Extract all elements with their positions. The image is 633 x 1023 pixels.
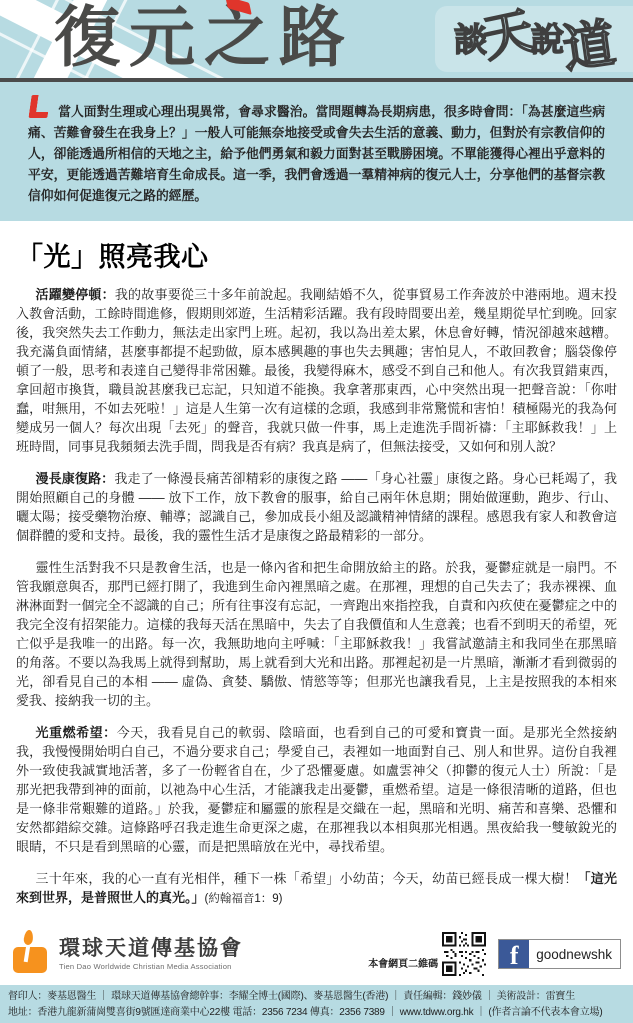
- facebook-link[interactable]: f goodnewshk: [498, 939, 621, 969]
- tantian-shuodao-logo: 談 天 說 道: [435, 6, 633, 72]
- flame-shape: [23, 930, 34, 946]
- organisation-name-english: Tien Dao Worldwide Christian Media Assoc…: [59, 962, 243, 971]
- page-title: 復元之路: [54, 0, 354, 80]
- logo-char: 天: [479, 5, 538, 64]
- org-logo-icon: [10, 930, 50, 978]
- paragraph-spiritual-life: 靈性生活對我不只是教會生活，也是一條內省和把生命開放給主的路。於我，憂鬱症就是一…: [16, 558, 617, 710]
- paragraph-text: 靈性生活對我不只是教會生活，也是一條內省和把生命開放給主的路。於我，憂鬱症就是一…: [16, 560, 617, 708]
- paragraph-active-to-halt: 活躍變停頓：我的故事要從三十多年前說起。我剛結婚不久，從事貿易工作奔波於中港兩地…: [16, 285, 617, 456]
- paragraph-lead: 漫長康復路：: [36, 471, 115, 486]
- publication-info-bar: 督印人：麥基恩醫生 ｜ 環球天道傳基協會總幹事：李耀全博士(國際)、麥基恩醫生(…: [0, 985, 633, 1023]
- scripture-reference: (約翰福音1：9): [205, 893, 283, 905]
- publication-credits: 督印人：麥基恩醫生 ｜ 環球天道傳基協會總幹事：李耀全博士(國際)、麥基恩醫生(…: [8, 989, 625, 1005]
- body-shape: [13, 947, 47, 973]
- paragraph-text: 我的故事要從三十多年前說起。我剛結婚不久，從事貿易工作奔波於中港兩地。週末投入教…: [16, 287, 617, 454]
- paragraph-text: 三十年來，我的心一直有光相伴，種下一株「希望」小幼苗；今天，幼苗已經長成一棵大樹…: [36, 871, 578, 886]
- organisation-name: 環球天道傳基協會: [59, 937, 243, 961]
- facebook-icon: f: [499, 940, 529, 968]
- publication-contact: 地址：香港九龍新蒲崗雙喜街9號匯達商業中心22樓 電話：2356 7234 傳真…: [8, 1005, 625, 1021]
- masthead: 復元之路 談 天 說 道: [0, 0, 633, 82]
- logo-char: 道: [560, 18, 619, 77]
- intro-section: 當人面對生理或心理出現異常，會尋求醫治。當問題轉為長期病患，很多時會問：「為甚麼…: [0, 82, 633, 221]
- title-char-accented: 之: [204, 0, 279, 80]
- paragraph-lead: 光重燃希望：: [36, 725, 117, 740]
- newsletter-page: 復元之路 談 天 說 道 當人面對生理或心理出現異常，會尋求醫治。當問題轉為長期…: [0, 0, 633, 1023]
- qr-code-label: 本會網頁二維碼: [368, 955, 438, 970]
- paragraph-light-rekindles-hope: 光重燃希望：今天，我看見自己的軟弱、陰暗面，也看到自己的可愛和寶貴一面。是那光全…: [16, 723, 617, 856]
- footer-links: 本會網頁二維碼: [368, 932, 621, 976]
- red-corner-icon: [28, 95, 50, 118]
- paragraph-text: 今天，我看見自己的軟弱、陰暗面，也看到自己的可愛和寶貴一面。是那光全然接納我，我…: [16, 725, 617, 854]
- paragraph-lead: 活躍變停頓：: [36, 287, 115, 302]
- article-title: 「光」照亮我心: [16, 235, 617, 274]
- title-char: 元: [129, 0, 204, 80]
- title-char: 復: [54, 0, 129, 80]
- title-char: 路: [279, 0, 354, 80]
- qr-code: [442, 932, 486, 976]
- organisation-brand: 環球天道傳基協會 Tien Dao Worldwide Christian Me…: [10, 930, 243, 978]
- organisation-footer: 環球天道傳基協會 Tien Dao Worldwide Christian Me…: [0, 923, 633, 985]
- facebook-handle: goodnewshk: [529, 947, 620, 962]
- article: 「光」照亮我心 活躍變停頓：我的故事要從三十多年前說起。我剛結婚不久，從事貿易工…: [0, 221, 633, 974]
- paragraph-closing: 三十年來，我的心一直有光相伴，種下一株「希望」小幼苗；今天，幼苗已經長成一棵大樹…: [16, 869, 617, 909]
- paragraph-long-recovery: 漫長康復路：我走了一條漫長痛苦卻精彩的康復之路 ——「身心社靈」康復之路。身心已…: [16, 469, 617, 545]
- intro-text: 當人面對生理或心理出現異常，會尋求醫治。當問題轉為長期病患，很多時會問：「為甚麼…: [28, 104, 605, 203]
- organisation-names: 環球天道傳基協會 Tien Dao Worldwide Christian Me…: [59, 937, 243, 971]
